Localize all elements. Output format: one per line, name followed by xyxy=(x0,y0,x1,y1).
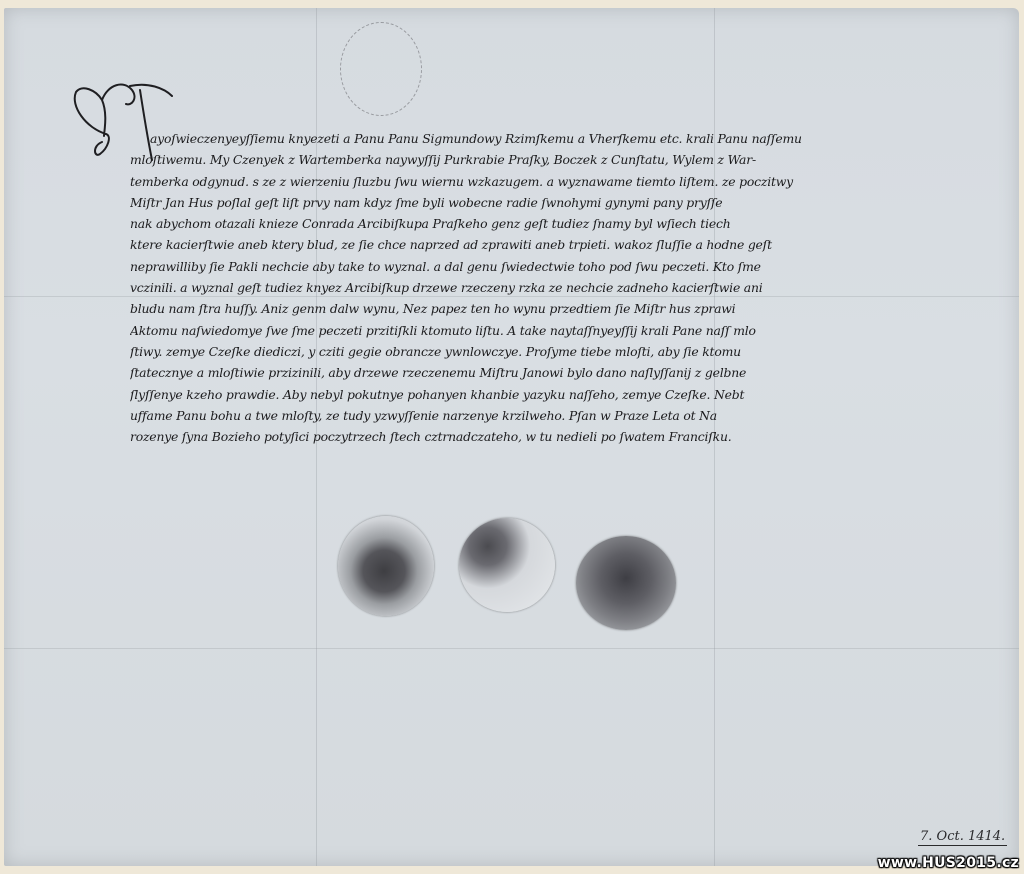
text-line: ſtatecznye a mloſtiwie przizinili, aby d… xyxy=(130,362,930,383)
text-line: ſtiwy. zemye Czeſke diediczi, y cziti ge… xyxy=(130,341,930,362)
text-line: vczinili. a wyznal geſt tudiez knyez Arc… xyxy=(130,277,930,298)
wax-seal-3 xyxy=(576,536,676,630)
seal-trace-stain xyxy=(340,22,422,116)
manuscript-sheet: ayoſwieczenyeyſſiemu knyezeti a Panu Pan… xyxy=(4,8,1019,866)
text-line: Miſtr Jan Hus poſlal geſt liſt prvy nam … xyxy=(130,192,930,213)
site-watermark: www.HUS2015.cz xyxy=(878,855,1019,871)
text-line: Aktomu naſwiedomye ſwe ſme peczeti przit… xyxy=(130,320,930,341)
text-line: nak abychom otazali knieze Conrada Arcib… xyxy=(130,213,930,234)
wax-seal-1 xyxy=(338,516,434,616)
text-line: ſlyſſenye kzeho prawdie. Aby nebyl pokut… xyxy=(130,384,930,405)
text-line: uffame Panu bohu a twe mloſty, ze tudy y… xyxy=(130,405,930,426)
text-line: mloſtiwemu. My Czenyek z Wartemberka nay… xyxy=(130,149,930,170)
text-line: ktere kacierſtwie aneb ktery blud, ze ſi… xyxy=(130,234,930,255)
text-line: bludu nam ſtra huſſy. Aniz genm dalw wyn… xyxy=(130,298,930,319)
text-line: neprawilliby ſie Pakli nechcie aby take … xyxy=(130,256,930,277)
text-line: temberka odgynud. s ze z wierzeniu ſluzb… xyxy=(130,171,930,192)
wax-seal-2 xyxy=(459,518,555,612)
archive-date-note: 7. Oct. 1414. xyxy=(918,829,1007,846)
fold-line-horizontal-2 xyxy=(4,648,1019,649)
text-line: ayoſwieczenyeyſſiemu knyezeti a Panu Pan… xyxy=(130,128,930,149)
text-line: rozenye ſyna Bozieho potyſici poczytrzec… xyxy=(130,426,930,447)
letter-body: ayoſwieczenyeyſſiemu knyezeti a Panu Pan… xyxy=(130,128,930,447)
